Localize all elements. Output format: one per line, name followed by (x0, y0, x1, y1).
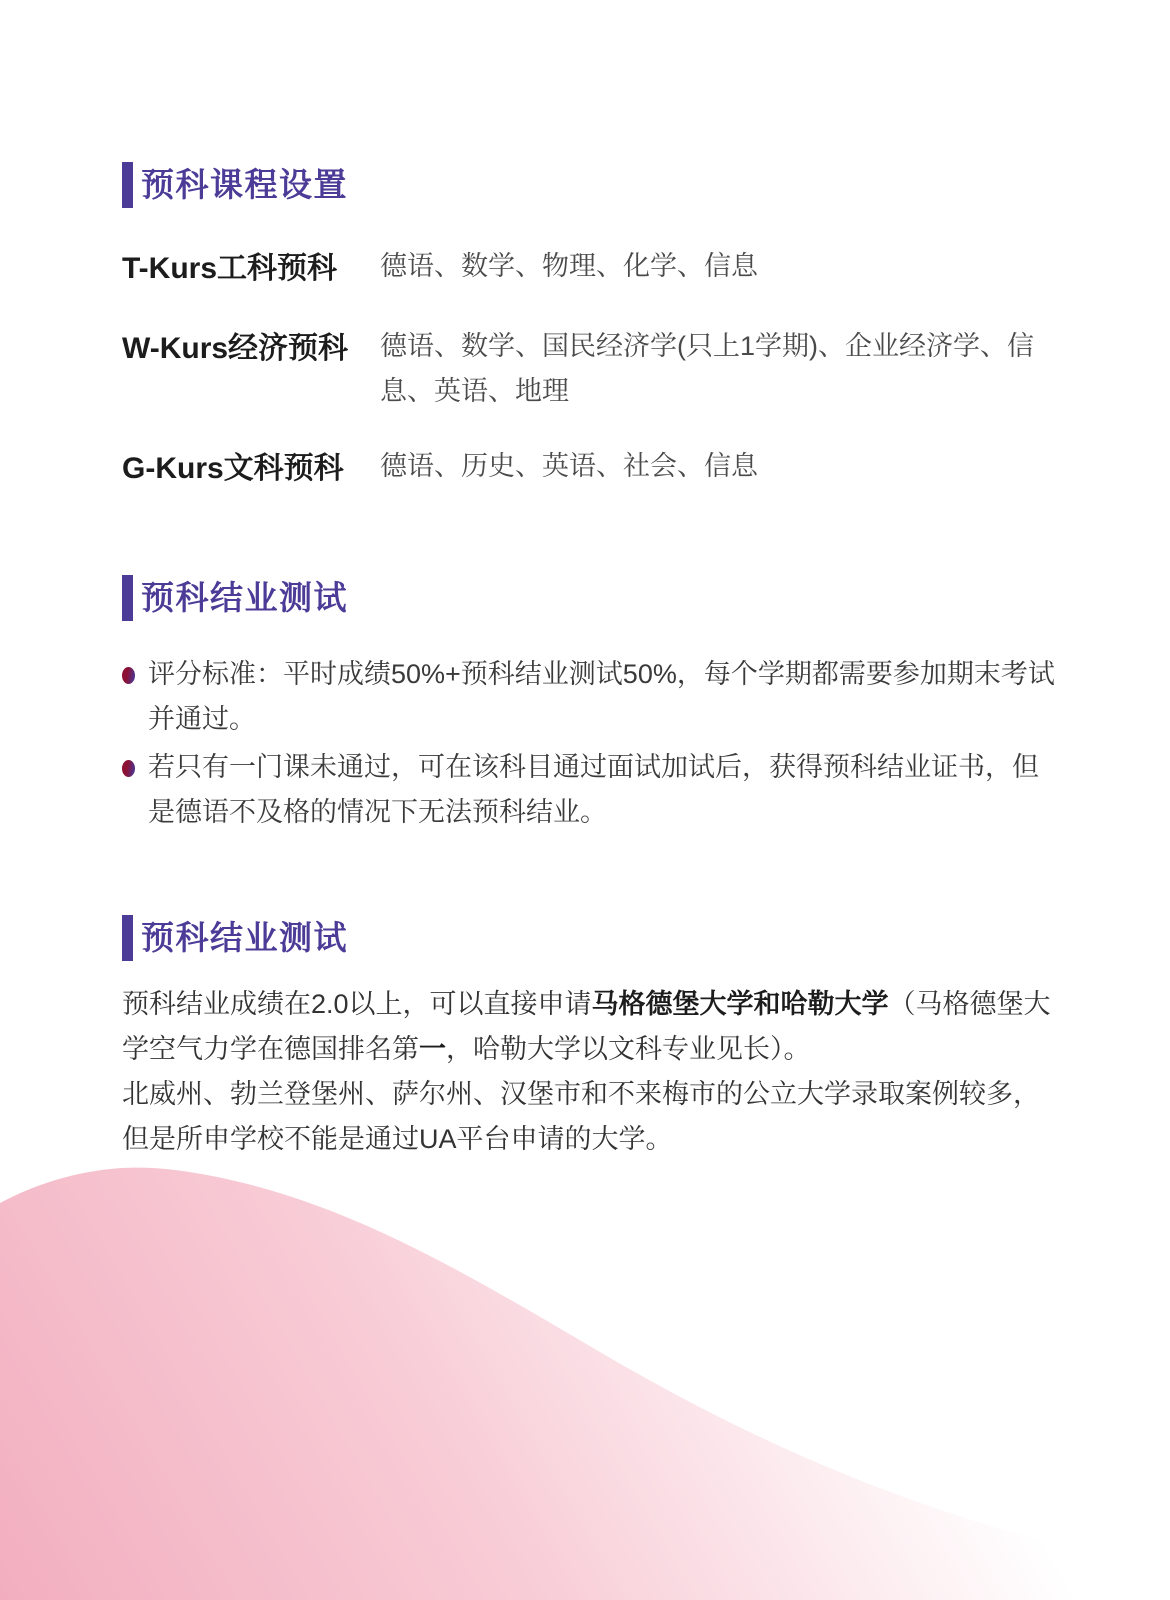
course-list: 德语、数学、国民经济学(只上1学期)、企业经济学、信息、英语、地理 (380, 324, 1056, 414)
text-segment-bold: 一 (419, 1034, 446, 1064)
section-title: 预科结业测试 (141, 575, 348, 621)
section-heading-exam: 预科结业测试 (122, 575, 348, 621)
course-label: T-Kurs工科预科 (122, 243, 337, 287)
section-title: 预科结业测试 (141, 915, 348, 961)
bullet-text: 评分标准：平时成绩50%+预科结业测试50%，每个学期都需要参加期末考试并通过。 (148, 659, 1055, 734)
heading-accent-bar (122, 575, 133, 621)
list-item: 若只有一门课未通过，可在该科目通过面试加试后，获得预科结业证书，但是德语不及格的… (122, 745, 1058, 835)
course-label: G-Kurs文科预科 (122, 443, 344, 487)
list-item: 评分标准：平时成绩50%+预科结业测试50%，每个学期都需要参加期末考试并通过。 (122, 652, 1058, 742)
bullet-dot-icon (122, 667, 135, 684)
section-title: 预科课程设置 (141, 162, 348, 208)
bullet-dot-icon (122, 760, 135, 777)
course-list: 德语、数学、物理、化学、信息 (380, 244, 1056, 289)
course-label: W-Kurs经济预科 (122, 323, 348, 367)
heading-accent-bar (122, 915, 133, 961)
heading-accent-bar (122, 162, 133, 208)
document-page: 预科课程设置 T-Kurs工科预科 德语、数学、物理、化学、信息 W-Kurs经… (0, 0, 1170, 1600)
pink-gradient-decoration (0, 1100, 1170, 1600)
course-list: 德语、历史、英语、社会、信息 (380, 444, 1056, 489)
section-heading-courses: 预科课程设置 (122, 162, 348, 208)
bullet-text: 若只有一门课未通过，可在该科目通过面试加试后，获得预科结业证书，但是德语不及格的… (148, 752, 1039, 827)
exam-bullet-list: 评分标准：平时成绩50%+预科结业测试50%，每个学期都需要参加期末考试并通过。… (122, 652, 1058, 838)
text-segment: 预科结业成绩在2.0以上，可以直接申请 (122, 989, 592, 1019)
section-heading-apply: 预科结业测试 (122, 915, 348, 961)
text-segment-bold: 马格德堡大学和哈勒大学 (592, 989, 889, 1019)
paragraph-line: 北威州、勃兰登堡州、萨尔州、汉堡市和不来梅市的公立大学录取案例较多，但是所申学校… (122, 1072, 1058, 1162)
paragraph-line: 预科结业成绩在2.0以上，可以直接申请马格德堡大学和哈勒大学（马格德堡大学空气力… (122, 982, 1058, 1072)
text-segment: ，哈勒大学以文科专业见长）。 (446, 1034, 811, 1064)
apply-paragraph: 预科结业成绩在2.0以上，可以直接申请马格德堡大学和哈勒大学（马格德堡大学空气力… (122, 982, 1058, 1162)
